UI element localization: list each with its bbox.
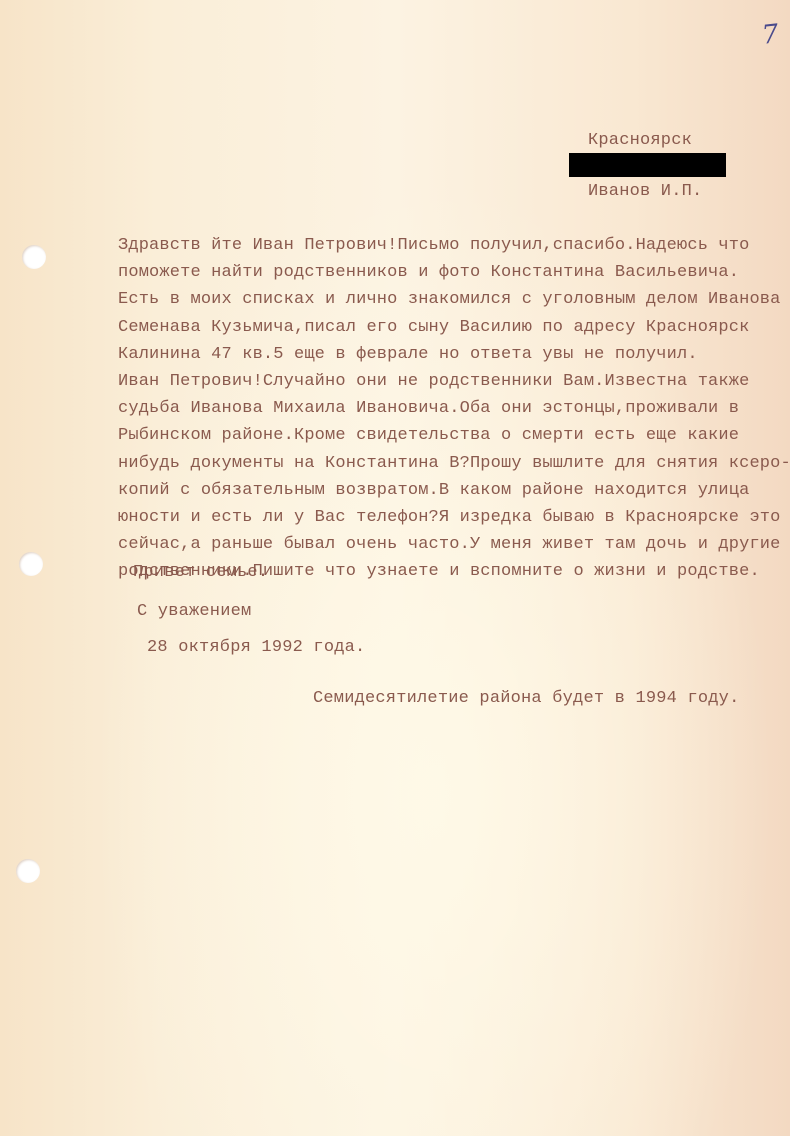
body-line: юности и есть ли у Вас телефон?Я изредка… bbox=[118, 504, 791, 531]
letter-page: 7 Красноярск Иванов И.П. Здравств йте Ив… bbox=[0, 0, 790, 1136]
body-line: Семенава Кузьмича,писал его сыну Василию… bbox=[118, 314, 791, 341]
postscript: Семидесятилетие района будет в 1994 году… bbox=[313, 689, 739, 708]
body-line: копий с обязательным возвратом.В каком р… bbox=[118, 477, 791, 504]
handwritten-page-number: 7 bbox=[760, 19, 780, 51]
closing: С уважением bbox=[137, 602, 251, 621]
redacted-address-bar bbox=[569, 153, 726, 177]
punch-hole bbox=[16, 859, 40, 883]
letter-date: 28 октября 1992 года. bbox=[147, 638, 365, 657]
body-line: нибудь документы на Константина В?Прошу … bbox=[118, 450, 791, 477]
body-line: Есть в моих списках и лично знакомился с… bbox=[118, 286, 791, 313]
address-city: Красноярск bbox=[588, 131, 692, 150]
greeting: Привет семье. bbox=[133, 563, 268, 582]
body-line: Иван Петрович!Случайно они не родственни… bbox=[118, 368, 791, 395]
body-line: сейчас,а раньше бывал очень часто.У меня… bbox=[118, 531, 791, 558]
body-line: поможете найти родственников и фото Конс… bbox=[118, 259, 791, 286]
body-line: Здравств йте Иван Петрович!Письмо получи… bbox=[118, 232, 791, 259]
punch-hole bbox=[22, 245, 46, 269]
body-line: Рыбинском районе.Кроме свидетельства о с… bbox=[118, 422, 791, 449]
punch-hole bbox=[19, 552, 43, 576]
body-line: судьба Иванова Михаила Ивановича.Оба они… bbox=[118, 395, 791, 422]
letter-body: Здравств йте Иван Петрович!Письмо получи… bbox=[118, 232, 791, 585]
address-recipient: Иванов И.П. bbox=[588, 182, 702, 201]
body-line: Калинина 47 кв.5 еще в феврале но ответа… bbox=[118, 341, 791, 368]
